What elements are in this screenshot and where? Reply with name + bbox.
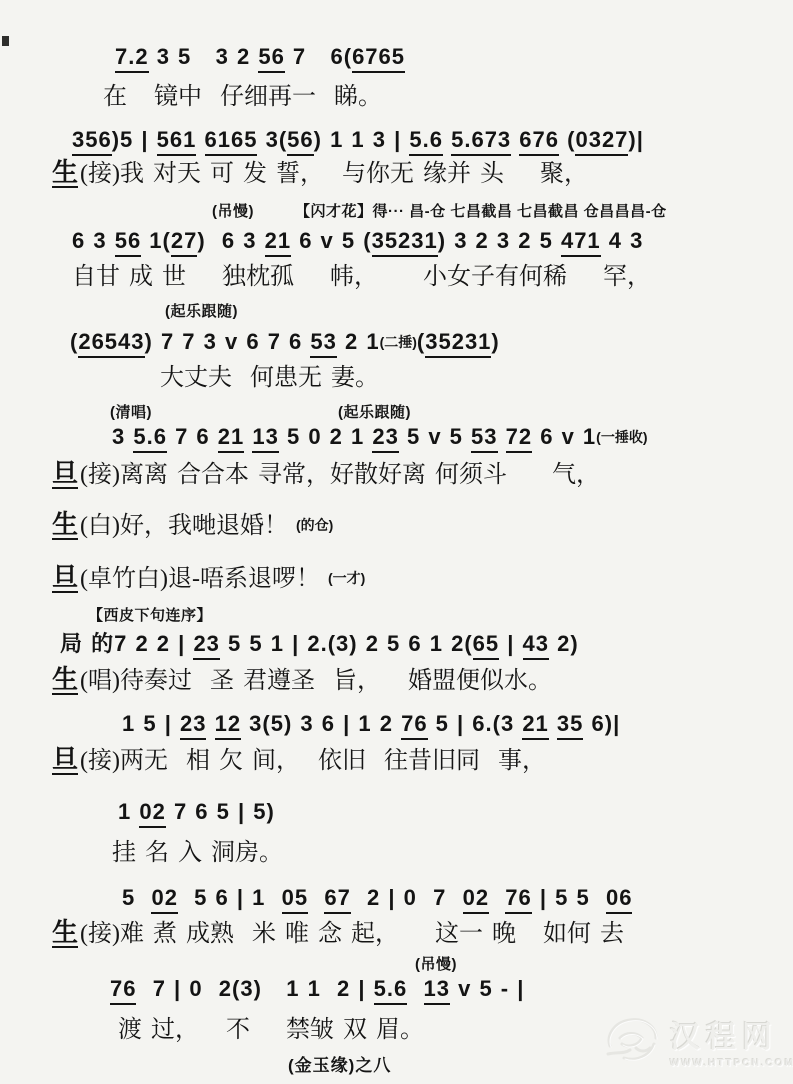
role-label: 生 <box>52 666 78 695</box>
role-label: 旦 <box>52 564 78 593</box>
lyrics-line: 在 镜中 仔细再一 睇。 <box>103 83 382 112</box>
lyrics-line: 大丈夫 何患无 妻。 <box>160 364 379 393</box>
notation-text: 356)5 | 561 6165 3(56) 1 1 3 | 5.6 5.673… <box>72 127 644 156</box>
annotation-line: (吊慢)【闪才花】得··· 昌-仓 七昌截昌 七昌截昌 仓昌昌昌-仓 <box>0 203 793 225</box>
lyrics-line: 挂 名 入 洞房。 <box>112 839 283 868</box>
performance-annotation: (清唱) <box>110 404 152 422</box>
lyrics-text: (卓竹白)退-唔系退啰！ <box>80 566 320 592</box>
notation-line: 5 02 5 6 | 1 05 67 2 | 0 7 02 76 | 5 5 0… <box>122 885 632 911</box>
annotation-line: (吊慢) <box>0 956 793 978</box>
lyrics-line: 渡 过， 不 禁皱 双 眉。 <box>118 1016 424 1045</box>
performance-annotation: (吊慢) <box>415 956 457 974</box>
role-label: 生 <box>52 159 78 188</box>
notation-text: 局 的7 2 2 | 23 5 5 1 | 2.(3) 2 5 6 1 2(65… <box>60 631 579 660</box>
notation-text: 1 5 | 23 12 3(5) 3 6 | 1 2 76 5 | 6.(3 2… <box>122 711 620 740</box>
annotation-line: 【西皮下句连序】 <box>0 607 793 629</box>
lyrics-line: 旦(接)离离 合合本 寻常，好散好离 何须斗 气， <box>52 460 600 490</box>
notation-text: (26543) 7 7 3 v 6 7 6 53 2 1(二捶)(35231) <box>70 329 500 354</box>
notation-line: 1 02 7 6 5 | 5) <box>118 799 275 825</box>
notation-line: 356)5 | 561 6165 3(56) 1 1 3 | 5.6 5.673… <box>72 127 644 153</box>
inline-annotation: (一才) <box>328 570 365 586</box>
role-label: 生 <box>52 919 78 948</box>
lyrics-text: (接)两无 相 欠 间， 依旧 往昔旧同 事， <box>80 748 546 774</box>
lyrics-text: (接)难 煮 成熟 米 唯 念 起， 这一 晚 如何 去 <box>80 921 624 947</box>
inline-annotation: (的仓) <box>296 517 333 533</box>
lyrics-text: 大丈夫 何患无 妻。 <box>160 365 379 391</box>
notation-line: 3 5.6 7 6 21 13 5 0 2 1 23 5 v 5 53 72 6… <box>112 424 647 450</box>
annotation-line: (起乐跟随) <box>0 303 793 325</box>
sheet-music-page: 7.2 3 5 3 2 56 7 6(6765在 镜中 仔细再一 睇。356)5… <box>0 0 793 1084</box>
lyrics-text: (接)离离 合合本 寻常，好散好离 何须斗 气， <box>80 462 600 488</box>
role-label: 旦 <box>52 460 78 489</box>
lyrics-text: 自甘 成 世 独枕孤 帏， 小女子有何稀 罕， <box>72 264 651 290</box>
notation-text: 7.2 3 5 3 2 56 7 6(6765 <box>115 44 405 73</box>
watermark-site-name: 汉程网 <box>670 1012 778 1056</box>
lyrics-text: 渡 过， 不 禁皱 双 眉。 <box>118 1017 424 1043</box>
lyrics-line: 自甘 成 世 独枕孤 帏， 小女子有何稀 罕， <box>72 263 651 292</box>
role-label: 生 <box>52 511 78 540</box>
lyrics-line: 生(唱)待奏过 圣 君遵圣 旨， 婚盟便似水。 <box>52 666 552 696</box>
lyrics-line: 旦(接)两无 相 欠 间， 依旧 往昔旧同 事， <box>52 746 546 776</box>
watermark-site-url: WWW.HTTPCN.COM <box>670 1058 793 1069</box>
watermark-text: 汉程网 WWW.HTTPCN.COM <box>670 1012 793 1069</box>
lyrics-text: (白)好，我哋退婚！ <box>80 513 288 539</box>
lyrics-line: 生(接)难 煮 成熟 米 唯 念 起， 这一 晚 如何 去 <box>52 919 624 949</box>
performance-annotation: (吊慢) <box>212 203 254 221</box>
notation-text: 6 3 56 1(27) 6 3 21 6 v 5 (35231) 3 2 3 … <box>72 228 643 257</box>
lyrics-text: 在 镜中 仔细再一 睇。 <box>103 84 382 110</box>
notation-line: (26543) 7 7 3 v 6 7 6 53 2 1(二捶)(35231) <box>70 329 500 355</box>
notation-text: 1 02 7 6 5 | 5) <box>118 799 275 828</box>
notation-text: 3 5.6 7 6 21 13 5 0 2 1 23 5 v 5 53 72 6… <box>112 424 647 449</box>
performance-annotation: 【西皮下句连序】 <box>88 607 212 625</box>
notation-line: 局 的7 2 2 | 23 5 5 1 | 2.(3) 2 5 6 1 2(65… <box>60 631 579 657</box>
scan-artifact <box>2 36 9 46</box>
lyrics-line: 生(白)好，我哋退婚！(的仓) <box>52 511 333 541</box>
notation-line: 7.2 3 5 3 2 56 7 6(6765 <box>115 44 405 70</box>
role-label: 旦 <box>52 746 78 775</box>
performance-annotation: (起乐跟随) <box>165 303 238 321</box>
lyrics-text: 挂 名 入 洞房。 <box>112 840 283 866</box>
performance-annotation: (起乐跟随) <box>338 404 411 422</box>
lyrics-line: 生(接)我 对天 可 发 誓， 与你无 缘并 头 聚， <box>52 159 588 189</box>
notation-line: 1 5 | 23 12 3(5) 3 6 | 1 2 76 5 | 6.(3 2… <box>122 711 620 737</box>
notation-text: 5 02 5 6 | 1 05 67 2 | 0 7 02 76 | 5 5 0… <box>122 885 632 914</box>
notation-text: 76 7 | 0 2(3) 1 1 2 | 5.6 13 v 5 - | <box>110 976 524 1005</box>
notation-line: 76 7 | 0 2(3) 1 1 2 | 5.6 13 v 5 - | <box>110 976 524 1002</box>
annotation-line: (清唱)(起乐跟随) <box>0 404 793 426</box>
performance-annotation: 【闪才花】得··· 昌-仓 七昌截昌 七昌截昌 仓昌昌昌-仓 <box>295 203 667 221</box>
watermark: 汉程网 WWW.HTTPCN.COM <box>600 1000 790 1080</box>
lyrics-text: (唱)待奏过 圣 君遵圣 旨， 婚盟便似水。 <box>80 668 552 694</box>
watermark-logo-icon <box>600 1008 664 1072</box>
lyrics-line: 旦(卓竹白)退-唔系退啰！(一才) <box>52 564 365 594</box>
page-footer-title: (金玉缘)之八 <box>288 1051 391 1076</box>
notation-line: 6 3 56 1(27) 6 3 21 6 v 5 (35231) 3 2 3 … <box>72 228 643 254</box>
lyrics-text: (接)我 对天 可 发 誓， 与你无 缘并 头 聚， <box>80 161 588 187</box>
